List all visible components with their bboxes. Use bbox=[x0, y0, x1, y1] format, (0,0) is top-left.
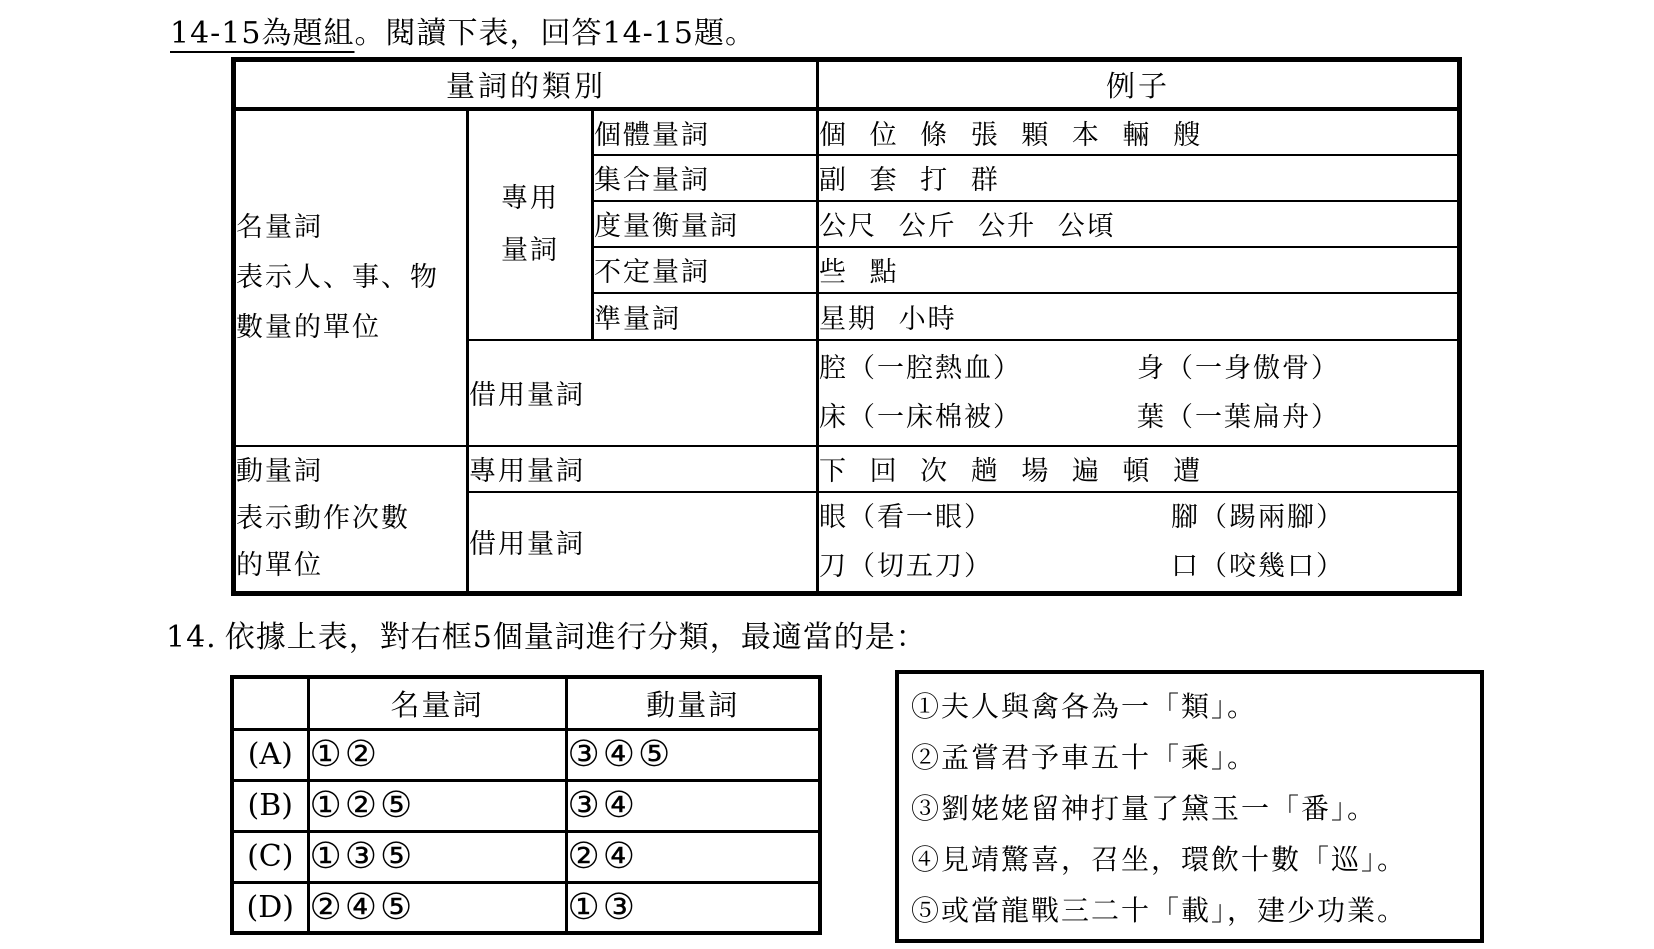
measure-word-sentences-box: ①夫人與禽各為一「類」。 ②孟嘗君予車五十「乘」。 ③劉姥姥留神打量了黛玉一「番… bbox=[895, 670, 1484, 943]
example-phrase: 身（一身傲骨） bbox=[1137, 353, 1340, 384]
table-row: 名量詞 表示人、事、物 數量的單位 專用 量詞 個體量詞 個 位 條 張 顆 本… bbox=[234, 109, 1460, 155]
option-label: (D) bbox=[232, 882, 308, 933]
example-phrase: 腔（一腔熱血） bbox=[819, 344, 1137, 393]
exam-page: { "intro": { "group_label": "14-15為題組", … bbox=[0, 0, 1654, 949]
option-noun-cell: ①② bbox=[308, 729, 566, 780]
option-label: (B) bbox=[232, 780, 308, 831]
example-cell: 副 套 打 群 bbox=[818, 155, 1460, 201]
noun-borrowed-label-cell: 借用量詞 bbox=[468, 340, 818, 446]
question-group-label: 14-15為題組 bbox=[170, 16, 354, 51]
sentence-item: ①夫人與禽各為一「類」。 bbox=[911, 681, 1480, 732]
option-row-a: (A) ①② ③④⑤ bbox=[232, 729, 820, 780]
subtype-cell: 度量衡量詞 bbox=[593, 201, 818, 247]
measure-word-classification-table: 量詞的類別 例子 名量詞 表示人、事、物 數量的單位 專用 量詞 個體量詞 個 … bbox=[231, 57, 1462, 596]
options-header-noun: 名量詞 bbox=[308, 677, 566, 729]
sentence-item: ③劉姥姥留神打量了黛玉一「番」。 bbox=[911, 783, 1480, 834]
example-line: 刀（切五刀）口（咬幾口） bbox=[819, 542, 1457, 591]
special-label-line: 專用 bbox=[469, 173, 591, 225]
example-phrase: 刀（切五刀） bbox=[819, 542, 1171, 591]
table-header-row: 量詞的類別 例子 bbox=[234, 60, 1460, 109]
subtype-cell: 集合量詞 bbox=[593, 155, 818, 201]
example-cell: 些 點 bbox=[818, 247, 1460, 293]
question-text: 依據上表，對右框5個量詞進行分類，最適當的是： bbox=[225, 620, 927, 655]
table-row: 動量詞 表示動作次數 的單位 專用量詞 下 回 次 趟 場 遍 頓 遭 bbox=[234, 446, 1460, 492]
option-verb-cell: ①③ bbox=[566, 882, 820, 933]
subtype-cell: 不定量詞 bbox=[593, 247, 818, 293]
verb-category-line: 動量詞 bbox=[236, 448, 466, 495]
header-example: 例子 bbox=[818, 60, 1460, 109]
example-phrase: 葉（一葉扁舟） bbox=[1137, 402, 1340, 433]
option-row-d: (D) ②④⑤ ①③ bbox=[232, 882, 820, 933]
noun-category-line: 數量的單位 bbox=[236, 303, 466, 353]
example-cell: 個 位 條 張 顆 本 輛 艘 bbox=[818, 109, 1460, 155]
noun-category-line: 表示人、事、物 bbox=[236, 253, 466, 303]
intro-instruction: 。閱讀下表，回答14-15題。 bbox=[354, 16, 755, 51]
option-noun-cell: ②④⑤ bbox=[308, 882, 566, 933]
verb-category-line: 的單位 bbox=[236, 542, 466, 589]
corner-cell-empty bbox=[232, 677, 308, 729]
intro-line: 14-15為題組。閱讀下表，回答14-15題。 bbox=[170, 8, 756, 52]
sentence-item: ④見靖驚喜，召坐，環飲十數「巡」。 bbox=[911, 834, 1480, 885]
verb-special-example-cell: 下 回 次 趟 場 遍 頓 遭 bbox=[818, 446, 1460, 492]
noun-category-line: 名量詞 bbox=[236, 203, 466, 253]
question-number: 14. bbox=[166, 620, 217, 655]
example-phrase: 眼（看一眼） bbox=[819, 493, 1171, 542]
option-row-c: (C) ①③⑤ ②④ bbox=[232, 831, 820, 882]
verb-borrowed-example-cell: 眼（看一眼）腳（踢兩腳） 刀（切五刀）口（咬幾口） bbox=[818, 492, 1460, 594]
option-label: (A) bbox=[232, 729, 308, 780]
option-verb-cell: ③④ bbox=[566, 780, 820, 831]
subtype-cell: 個體量詞 bbox=[593, 109, 818, 155]
option-verb-cell: ③④⑤ bbox=[566, 729, 820, 780]
option-row-b: (B) ①②⑤ ③④ bbox=[232, 780, 820, 831]
option-label: (C) bbox=[232, 831, 308, 882]
example-line: 腔（一腔熱血）身（一身傲骨） bbox=[819, 344, 1457, 393]
noun-special-group-cell: 專用 量詞 bbox=[468, 109, 593, 340]
sentence-item: ②孟嘗君予車五十「乘」。 bbox=[911, 732, 1480, 783]
example-phrase: 床（一床棉被） bbox=[819, 393, 1137, 442]
options-header-verb: 動量詞 bbox=[566, 677, 820, 729]
header-category: 量詞的類別 bbox=[234, 60, 818, 109]
verb-borrowed-label-cell: 借用量詞 bbox=[468, 492, 818, 594]
options-header-row: 名量詞 動量詞 bbox=[232, 677, 820, 729]
example-line: 眼（看一眼）腳（踢兩腳） bbox=[819, 493, 1457, 542]
option-noun-cell: ①②⑤ bbox=[308, 780, 566, 831]
example-phrase: 口（咬幾口） bbox=[1171, 551, 1345, 582]
option-noun-cell: ①③⑤ bbox=[308, 831, 566, 882]
verb-category-line: 表示動作次數 bbox=[236, 495, 466, 542]
example-line: 床（一床棉被）葉（一葉扁舟） bbox=[819, 393, 1457, 442]
answer-options-table: 名量詞 動量詞 (A) ①② ③④⑤ (B) ①②⑤ ③④ (C) ①③⑤ ②④… bbox=[230, 675, 822, 935]
verb-special-label-cell: 專用量詞 bbox=[468, 446, 818, 492]
example-cell: 星期 小時 bbox=[818, 293, 1460, 340]
example-cell: 公尺 公斤 公升 公頃 bbox=[818, 201, 1460, 247]
special-label-line: 量詞 bbox=[469, 225, 591, 277]
option-verb-cell: ②④ bbox=[566, 831, 820, 882]
sentence-item: ⑤或當龍戰三二十「載」，建少功業。 bbox=[911, 885, 1480, 936]
verb-category-cell: 動量詞 表示動作次數 的單位 bbox=[234, 446, 468, 594]
noun-category-cell: 名量詞 表示人、事、物 數量的單位 bbox=[234, 109, 468, 446]
subtype-cell: 準量詞 bbox=[593, 293, 818, 340]
noun-borrowed-example-cell: 腔（一腔熱血）身（一身傲骨） 床（一床棉被）葉（一葉扁舟） bbox=[818, 340, 1460, 446]
example-phrase: 腳（踢兩腳） bbox=[1171, 502, 1345, 533]
question-line: 14.依據上表，對右框5個量詞進行分類，最適當的是： bbox=[166, 612, 927, 656]
